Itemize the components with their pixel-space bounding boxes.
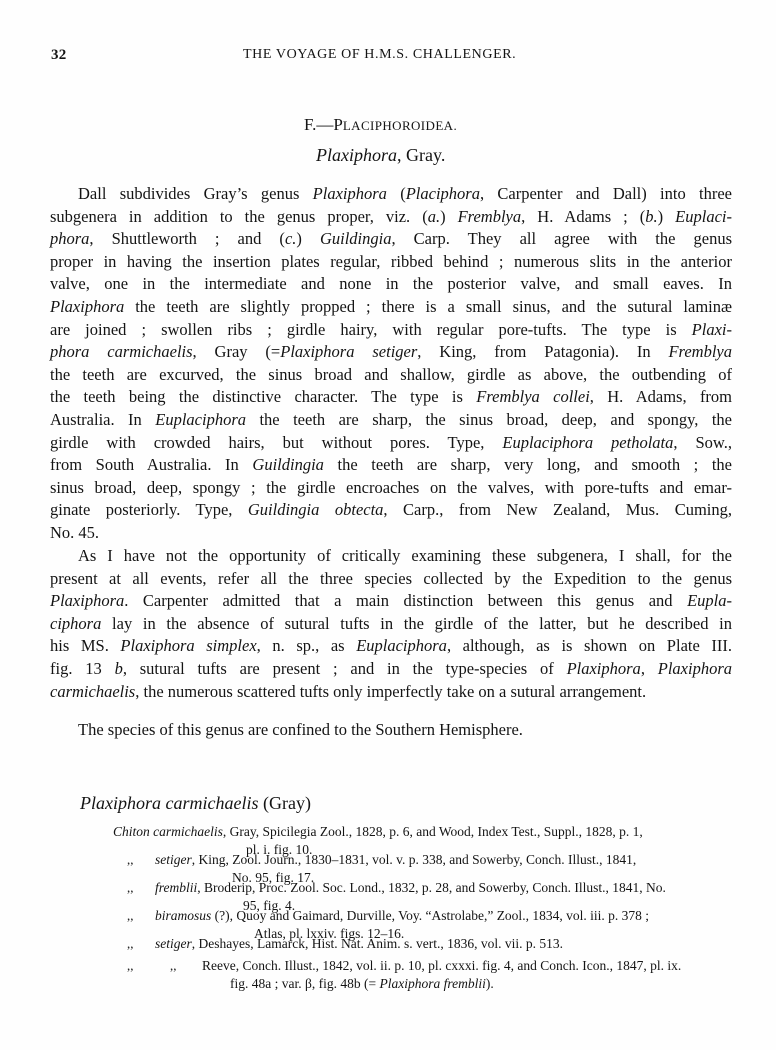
running-title: THE VOYAGE OF H.M.S. CHALLENGER. <box>243 47 516 63</box>
italic-term: setiger <box>155 852 192 867</box>
italic-term: Guildingia <box>320 229 392 248</box>
italic-term: c. <box>285 229 296 248</box>
synonymy-entry-line: Reeve, Conch. Illust., 1842, vol. ii. p.… <box>202 957 681 975</box>
ditto-mark: ,, <box>127 936 134 952</box>
italic-term: Guildingia <box>252 455 324 474</box>
ditto-mark: ,, <box>127 852 134 868</box>
ditto-mark: ,, <box>127 958 134 974</box>
italic-term: biramosus <box>155 908 211 923</box>
italic-term: Eupla- <box>687 591 732 610</box>
italic-term: Plaxiphora <box>50 297 124 316</box>
italic-term: Plaxiphora <box>50 591 124 610</box>
italic-term: Plaxi- <box>692 320 732 339</box>
paragraph-2-line: ciphora lay in the absence of sutural tu… <box>50 613 732 635</box>
paragraph-1-line: subgenera in addition to the genus prope… <box>50 206 732 228</box>
genus-name: Plaxiphora <box>316 145 397 165</box>
ditto-mark: ,, <box>127 908 134 924</box>
italic-term: Euplaciphora <box>155 410 246 429</box>
italic-term: Chiton carmichaelis <box>113 824 223 839</box>
italic-term: a. <box>428 207 440 226</box>
italic-term: Plaxiphora <box>567 659 641 678</box>
genus-heading: Plaxiphora, Gray. <box>316 145 445 166</box>
paragraph-2-line: As I have not the opportunity of critica… <box>78 545 732 567</box>
species-authority: (Gray) <box>258 793 310 813</box>
italic-term: Fremblya <box>668 342 732 361</box>
italic-term: Euplaciphora <box>356 636 447 655</box>
italic-term: Plaxiphora setiger <box>280 342 417 361</box>
italic-term: ciphora <box>50 614 101 633</box>
ditto-mark: ,, <box>170 958 177 974</box>
italic-term: Euplaciphora petholata <box>502 433 673 452</box>
synonymy-entry-line: fig. 48a ; var. β, fig. 48b (= Plaxiphor… <box>230 975 494 993</box>
paragraph-1-line: sinus broad, deep, spongy ; the girdle e… <box>50 477 732 499</box>
italic-term: Placiphora <box>406 184 480 203</box>
section-letter: F.—P <box>304 115 343 134</box>
species-heading: Plaxiphora carmichaelis (Gray) <box>80 793 311 814</box>
synonymy-entry-line: fremblii, Broderip, Proc. Zool. Soc. Lon… <box>155 879 666 897</box>
paragraph-1-line: Dall subdivides Gray’s genus Plaxiphora … <box>78 183 732 205</box>
paragraph-2-line: carmichaelis, the numerous scattered tuf… <box>50 681 732 703</box>
paragraph-2-line: present at all events, refer all the thr… <box>50 568 732 590</box>
paragraph-1-line: Australia. In Euplaciphora the teeth are… <box>50 409 732 431</box>
paragraph-1-line: from South Australia. In Guildingia the … <box>50 454 732 476</box>
italic-term: phora <box>50 229 89 248</box>
italic-term: setiger <box>155 936 192 951</box>
italic-term: fremblii <box>155 880 197 895</box>
italic-term: Plaxiphora fremblii <box>379 976 485 991</box>
italic-term: phora carmichaelis <box>50 342 193 361</box>
italic-term: Fremblya <box>458 207 522 226</box>
species-name: Plaxiphora carmichaelis <box>80 793 258 813</box>
ditto-mark: ,, <box>127 880 134 896</box>
paragraph-1-line: phora, Shuttleworth ; and (c.) Guildingi… <box>50 228 732 250</box>
italic-term: Fremblya collei <box>476 387 590 406</box>
document-page: 32 THE VOYAGE OF H.M.S. CHALLENGER. F.—P… <box>0 0 776 1050</box>
italic-term: Plaxiphora simplex <box>120 636 256 655</box>
section-heading: F.—PLACIPHOROIDEA. <box>304 115 457 135</box>
italic-term: carmichaelis <box>50 682 135 701</box>
synonymy-entry-line: setiger, King, Zool. Journ., 1830–1831, … <box>155 851 636 869</box>
paragraph-1-line: the teeth are excurved, the sinus broad … <box>50 364 732 386</box>
paragraph-1-line: proper in having the insertion plates re… <box>50 251 732 273</box>
synonymy-entry-line: biramosus (?), Quoy and Gaimard, Durvill… <box>155 907 649 925</box>
paragraph-1-line: ginate posteriorly. Type, Guildingia obt… <box>50 499 732 521</box>
italic-term: b. <box>645 207 657 226</box>
paragraph-1-line: phora carmichaelis, Gray (=Plaxiphora se… <box>50 341 732 363</box>
genus-authority: , Gray. <box>397 145 445 165</box>
paragraph-1-line: valve, one in the intermediate and none … <box>50 273 732 295</box>
paragraph-3-line: The species of this genus are confined t… <box>78 719 732 741</box>
paragraph-1-line: are joined ; swollen ribs ; girdle hairy… <box>50 319 732 341</box>
italic-term: Plaxiphora <box>313 184 387 203</box>
paragraph-2-line: his MS. Plaxiphora simplex, n. sp., as E… <box>50 635 732 657</box>
paragraph-1-line: the teeth being the distinctive characte… <box>50 386 732 408</box>
italic-term: b <box>115 659 123 678</box>
paragraph-1-line: Plaxiphora the teeth are slightly proppe… <box>50 296 732 318</box>
synonymy-entry-line: Chiton carmichaelis, Gray, Spicilegia Zo… <box>113 823 643 841</box>
italic-term: Guildingia obtecta <box>248 500 384 519</box>
synonymy-entry-line: setiger, Deshayes, Lamarck, Hist. Nat. A… <box>155 935 563 953</box>
paragraph-1-line: No. 45. <box>50 522 732 544</box>
page-number: 32 <box>51 47 67 64</box>
paragraph-1-line: girdle with crowded hairs, but without p… <box>50 432 732 454</box>
paragraph-2-line: Plaxiphora. Carpenter admitted that a ma… <box>50 590 732 612</box>
italic-term: Plaxiphora <box>658 659 732 678</box>
paragraph-2-line: fig. 13 b, sutural tufts are present ; a… <box>50 658 732 680</box>
section-title: LACIPHOROIDEA. <box>343 118 457 133</box>
italic-term: Euplaci- <box>675 207 732 226</box>
